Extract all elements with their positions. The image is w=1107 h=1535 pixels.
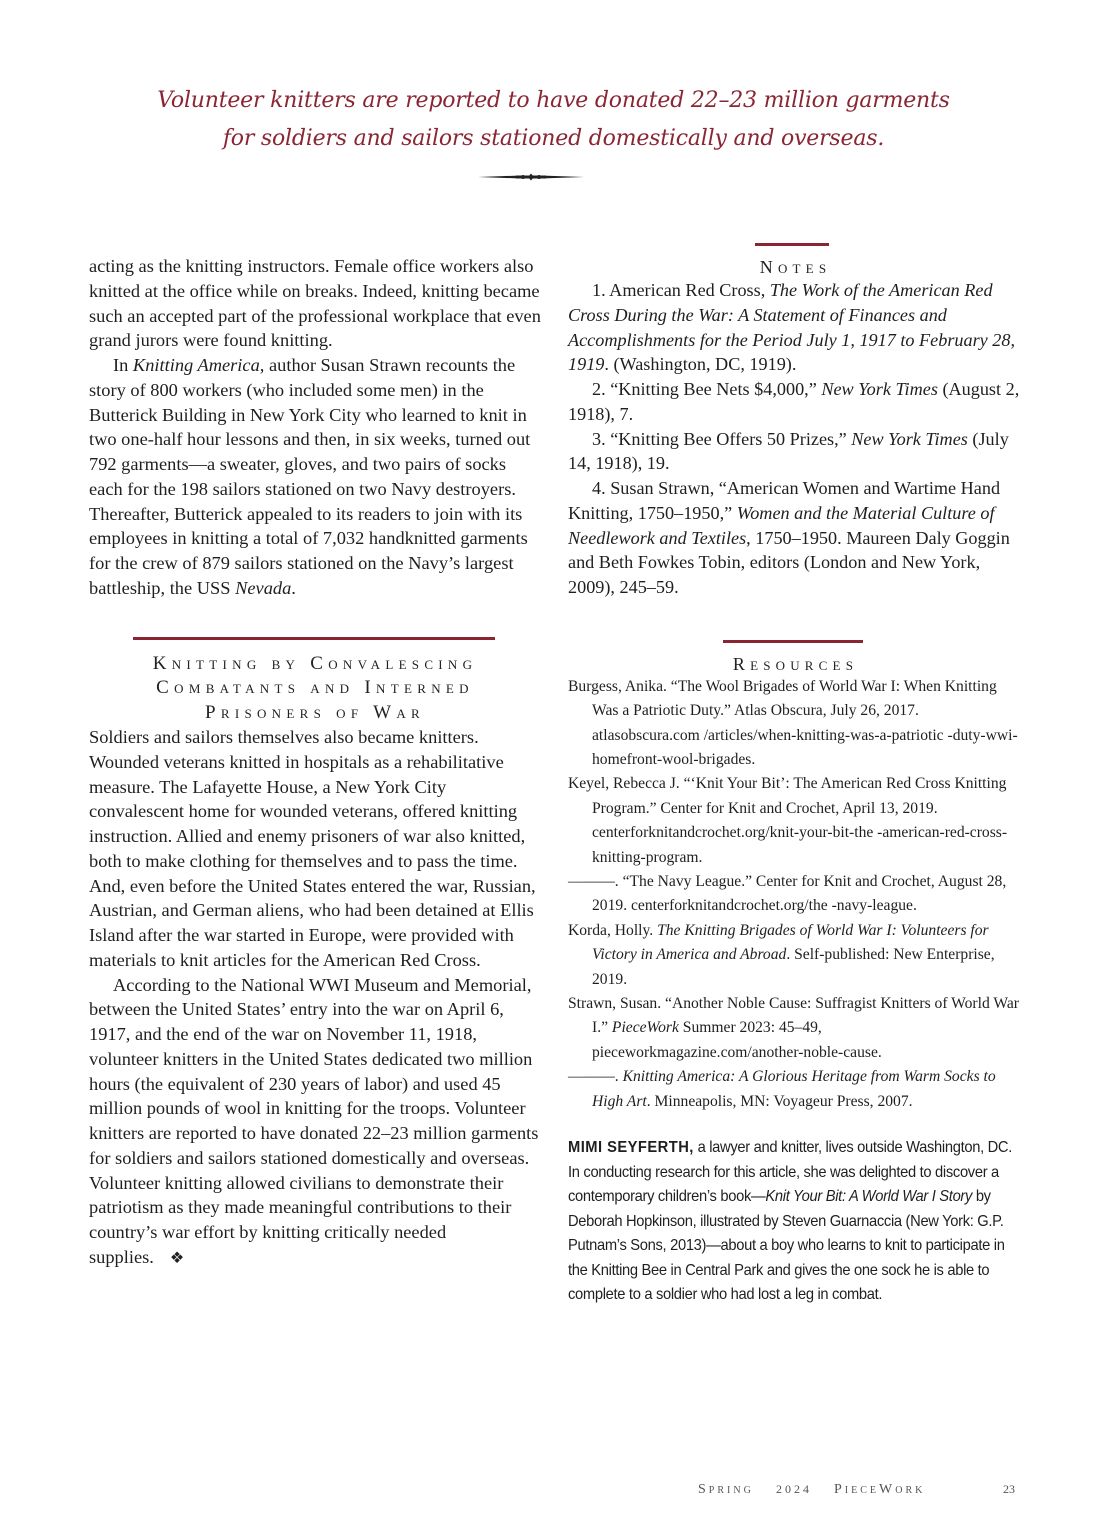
text-run: Korda, Holly. <box>568 922 657 939</box>
ornament-divider-icon <box>478 172 584 182</box>
footer-season: Spring <box>698 1482 754 1498</box>
text-run: Burgess, Anika. “The Wool Brigades of Wo… <box>568 678 1018 768</box>
author-bio: MIMI SEYFERTH, a lawyer and knitter, liv… <box>568 1136 1022 1308</box>
text-run: 3. “Knitting Bee Offers 50 Prizes,” <box>592 429 851 449</box>
resource-item: ———. Knitting America: A Glorious Herita… <box>568 1065 1023 1114</box>
text-run: 1. American Red Cross, <box>592 280 770 300</box>
section-heading-line: Knitting by Convalescing <box>89 652 541 677</box>
section-heading-line: Combatants and Interned <box>89 676 541 701</box>
pull-quote-line-2: for soldiers and sailors stationed domes… <box>60 120 1047 158</box>
pull-quote: Volunteer knitters are reported to have … <box>60 82 1047 158</box>
note-item: 2. “Knitting Bee Nets $4,000,” New York … <box>568 377 1023 427</box>
end-mark-icon: ❖ <box>170 1250 184 1267</box>
resources-rule <box>723 640 863 643</box>
notes-rule <box>755 243 829 246</box>
text-run: ———. <box>568 1068 623 1085</box>
section-heading: Knitting by Convalescing Combatants and … <box>89 652 541 726</box>
section-heading-line: Prisoners of War <box>89 701 541 726</box>
body-paragraph: In Knitting America, author Susan Strawn… <box>89 353 541 601</box>
resources-heading: Resources <box>568 653 1023 675</box>
resource-item: Strawn, Susan. “Another Noble Cause: Suf… <box>568 992 1023 1065</box>
body-paragraph: Soldiers and sailors themselves also bec… <box>89 725 541 973</box>
resource-item: Keyel, Rebecca J. “‘Knit Your Bit’: The … <box>568 772 1023 870</box>
book-title: Knitting America <box>133 355 260 375</box>
notes-heading: Notes <box>568 256 1023 278</box>
resources-list: Burgess, Anika. “The Wool Brigades of Wo… <box>568 675 1023 1114</box>
text-run: According to the National WWI Museum and… <box>89 975 538 1267</box>
resource-item: Burgess, Anika. “The Wool Brigades of Wo… <box>568 675 1023 773</box>
text-run: 2. “Knitting Bee Nets $4,000,” <box>592 379 821 399</box>
footer-year: 2024 <box>776 1482 812 1497</box>
note-item: 1. American Red Cross, The Work of the A… <box>568 278 1023 377</box>
text-run: , author Susan Strawn recounts the story… <box>89 355 530 598</box>
text-run: In <box>113 355 133 375</box>
body-paragraph: According to the National WWI Museum and… <box>89 973 541 1272</box>
text-run: . <box>291 578 296 598</box>
note-item: 4. Susan Strawn, “American Women and War… <box>568 476 1023 600</box>
italic-run: PieceWork <box>612 1019 679 1036</box>
text-run: by Deborah Hopkinson, illustrated by Ste… <box>568 1188 1005 1303</box>
text-run: . Minneapolis, MN: Voyageur Press, 2007. <box>647 1093 913 1110</box>
book-title: Knit Your Bit: A World War I Story <box>765 1188 972 1205</box>
body-paragraph: acting as the knitting instructors. Fema… <box>89 254 541 353</box>
page-number: 23 <box>1003 1482 1015 1497</box>
resource-item: ———. “The Navy League.” Center for Knit … <box>568 870 1023 919</box>
footer-magazine: PieceWork <box>834 1482 925 1498</box>
pull-quote-line-1: Volunteer knitters are reported to have … <box>60 82 1047 120</box>
italic-run: New York Times <box>851 429 968 449</box>
resource-item: Korda, Holly. The Knitting Brigades of W… <box>568 919 1023 992</box>
notes-list: 1. American Red Cross, The Work of the A… <box>568 278 1023 600</box>
ship-name: Nevada <box>235 578 291 598</box>
text-run: Keyel, Rebecca J. “‘Knit Your Bit’: The … <box>568 775 1007 865</box>
article-right-column: Notes 1. American Red Cross, The Work of… <box>568 243 1023 1308</box>
note-item: 3. “Knitting Bee Offers 50 Prizes,” New … <box>568 427 1023 477</box>
author-name: MIMI SEYFERTH, <box>568 1139 694 1156</box>
article-left-column: acting as the knitting instructors. Fema… <box>89 254 541 1272</box>
text-run: ———. “The Navy League.” Center for Knit … <box>568 873 1006 914</box>
italic-run: New York Times <box>821 379 938 399</box>
text-run: . (Washington, DC, 1919). <box>604 354 796 374</box>
